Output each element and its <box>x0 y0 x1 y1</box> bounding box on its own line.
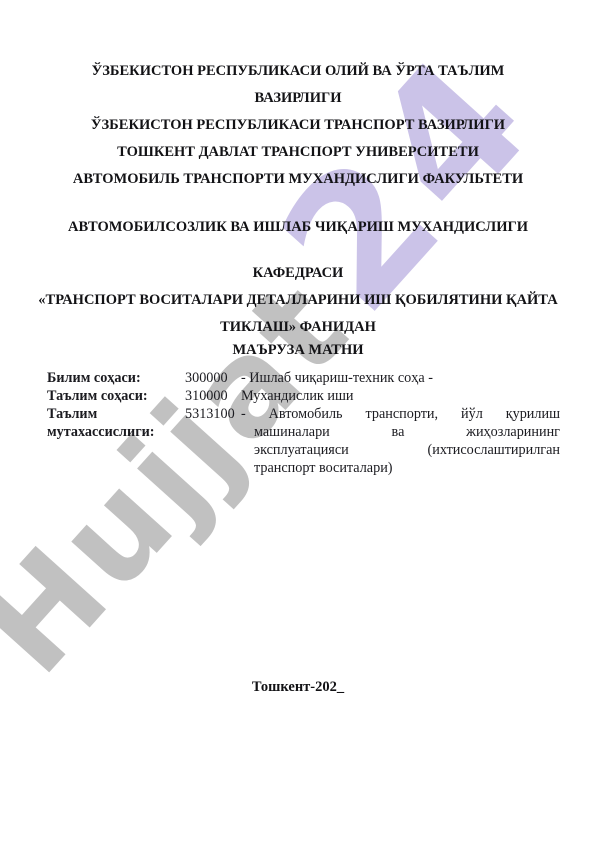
description-line-3: эксплуатацияси (ихтисослаштирилган <box>241 441 560 459</box>
classification-row-description: Мухандислик иши <box>241 387 560 405</box>
classification-row-description: - Ишлаб чиқариш-техник соҳа - <box>241 369 560 387</box>
course-title: «ТРАНСПОРТ ВОСИТАЛАРИ ДЕТАЛЛАРИНИ ИШ ҚОБ… <box>0 287 596 341</box>
department-name: АВТОМОБИЛСОЗЛИК ВА ИШЛАБ ЧИҚАРИШ МУХАНДИ… <box>0 214 596 241</box>
classification-row-code: 310000 <box>185 387 241 405</box>
header-line-4: ТОШКЕНТ ДАВЛАТ ТРАНСПОРТ УНИВЕРСИТЕТИ <box>0 139 596 166</box>
ministry-header: ЎЗБЕКИСТОН РЕСПУБЛИКАСИ ОЛИЙ ВА ЎРТА ТАЪ… <box>0 58 596 193</box>
header-line-5: АВТОМОБИЛЬ ТРАНСПОРТИ МУХАНДИСЛИГИ ФАКУЛ… <box>0 166 596 193</box>
classification-row-code: 5313100 <box>185 405 241 477</box>
description-line-2: машиналари ва жиҳозларининг <box>241 423 560 441</box>
document-page: ЎЗБЕКИСТОН РЕСПУБЛИКАСИ ОЛИЙ ВА ЎРТА ТАЪ… <box>0 0 596 696</box>
city-year: Тошкент-202_ <box>0 679 596 696</box>
course-title-line-1: «ТРАНСПОРТ ВОСИТАЛАРИ ДЕТАЛЛАРИНИ ИШ ҚОБ… <box>0 287 596 314</box>
document-type: МАЪРУЗА МАТНИ <box>0 337 596 364</box>
header-line-1: ЎЗБЕКИСТОН РЕСПУБЛИКАСИ ОЛИЙ ВА ЎРТА ТАЪ… <box>0 58 596 85</box>
classification-row-label: Таълим мутахассислиги: <box>47 405 185 477</box>
department-label: КАФЕДРАСИ <box>0 260 596 287</box>
classification-row-label: Билим соҳаси: <box>47 369 185 387</box>
classification-row-label: Таълим соҳаси: <box>47 387 185 405</box>
classification-row-description: - Автомобиль транспорти, йўл қурилиш маш… <box>241 405 560 477</box>
header-line-2: ВАЗИРЛИГИ <box>0 85 596 112</box>
classification-table: Билим соҳаси: 300000 - Ишлаб чиқариш-тех… <box>47 369 560 477</box>
classification-row-code: 300000 <box>185 369 241 387</box>
description-line-1: - Автомобиль транспорти, йўл қурилиш <box>241 405 560 423</box>
description-line-4: транспорт воситалари) <box>241 459 560 477</box>
header-line-3: ЎЗБЕКИСТОН РЕСПУБЛИКАСИ ТРАНСПОРТ ВАЗИРЛ… <box>0 112 596 139</box>
